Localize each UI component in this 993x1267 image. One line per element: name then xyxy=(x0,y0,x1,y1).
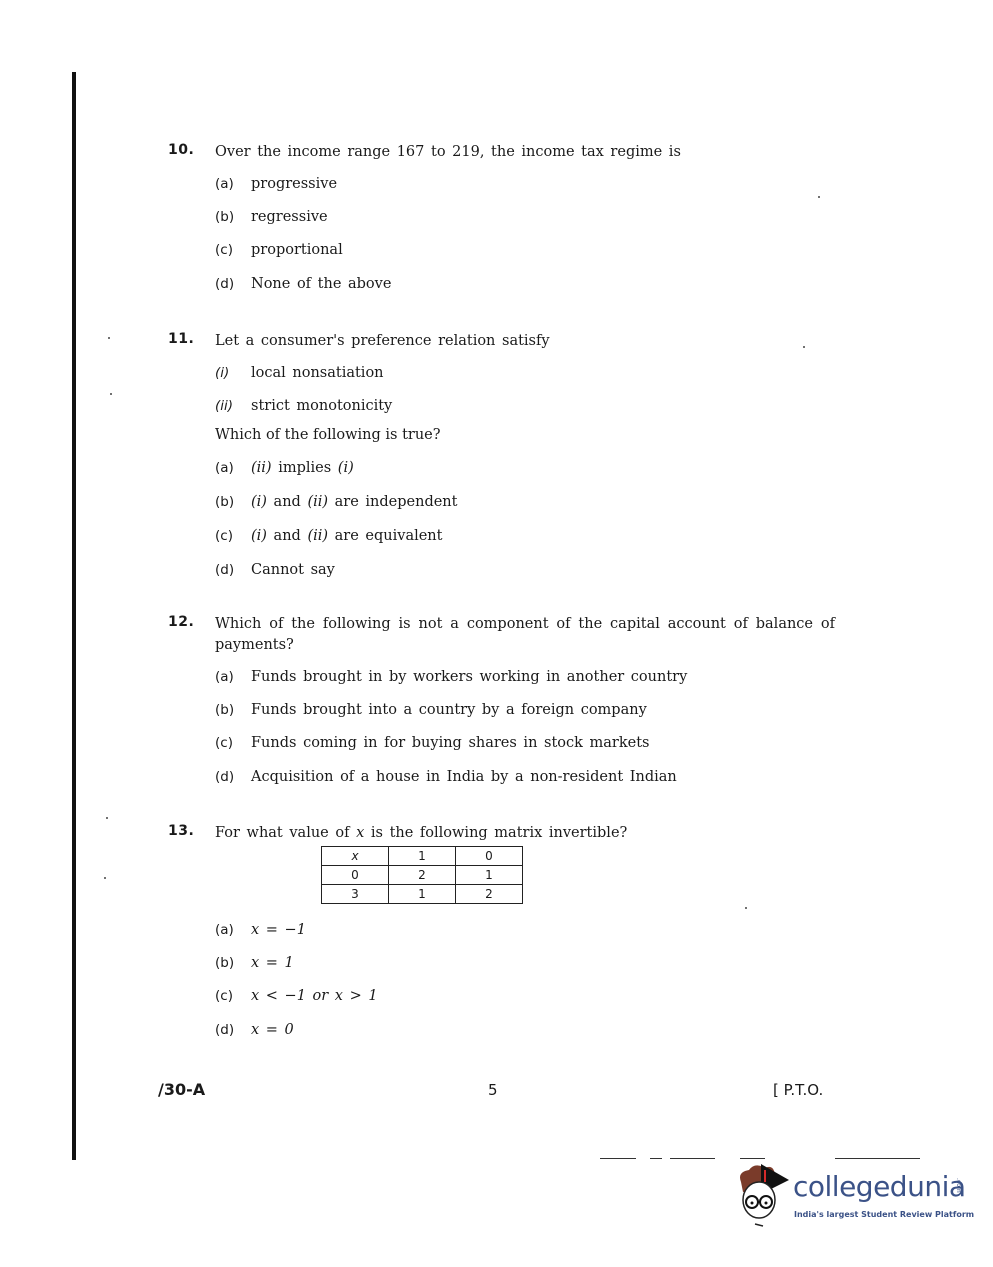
matrix-table: x 1 0 0 2 1 3 1 2 xyxy=(321,846,523,904)
matrix-row: x 1 0 xyxy=(322,847,523,866)
pto-label: [ P.T.O. xyxy=(773,1081,823,1099)
question-text: Let a consumer's preference relation sat… xyxy=(215,331,835,352)
scan-speck xyxy=(110,393,112,395)
option-label: (a) xyxy=(215,669,251,685)
divider-line xyxy=(670,1158,715,1159)
option-c: (c)proportional xyxy=(215,242,343,258)
matrix-cell: 1 xyxy=(389,847,456,866)
divider-line xyxy=(740,1158,765,1159)
option-text: Cannot say xyxy=(251,562,335,578)
question-text: For what value of x is the following mat… xyxy=(215,823,835,844)
condition-label: (ii) xyxy=(215,398,251,414)
option-a: (a)progressive xyxy=(215,176,337,192)
option-label: (d) xyxy=(215,562,251,578)
condition-label: (i) xyxy=(215,365,251,381)
matrix-cell: 3 xyxy=(322,885,389,904)
option-text: Acquisition of a house in India by a non… xyxy=(251,769,677,785)
option-label: (a) xyxy=(215,176,251,192)
condition-ii: (ii)strict monotonicity xyxy=(215,398,392,414)
matrix-cell: 0 xyxy=(322,866,389,885)
question-number: 11. xyxy=(168,331,194,347)
option-c: (c)(i) and (ii) are equivalent xyxy=(215,528,442,544)
option-text: Funds brought into a country by a foreig… xyxy=(251,702,647,718)
option-label: (c) xyxy=(215,735,251,751)
scan-speck xyxy=(104,877,106,879)
option-text: progressive xyxy=(251,176,337,192)
matrix-cell: 2 xyxy=(389,866,456,885)
option-d: (d)Acquisition of a house in India by a … xyxy=(215,769,677,785)
option-label: (a) xyxy=(215,460,251,476)
option-b: (b)(i) and (ii) are independent xyxy=(215,494,457,510)
option-label: (d) xyxy=(215,769,251,785)
brand-tagline: India's largest Student Review Platform xyxy=(794,1210,974,1219)
page-number: 5 xyxy=(488,1081,498,1099)
option-label: (b) xyxy=(215,209,251,225)
scan-speck xyxy=(745,907,747,909)
option-d: (d)Cannot say xyxy=(215,562,335,578)
matrix-cell: x xyxy=(322,847,389,866)
option-text: x = −1 xyxy=(251,922,306,938)
page-margin-rule xyxy=(72,72,76,1160)
collegedunia-watermark: collegedunia .com India's largest Studen… xyxy=(735,1160,965,1230)
option-d: (d)None of the above xyxy=(215,276,391,292)
option-label: (d) xyxy=(215,276,251,292)
option-a: (a)Funds brought in by workers working i… xyxy=(215,669,687,685)
option-text: Funds brought in by workers working in a… xyxy=(251,669,687,685)
option-label: (b) xyxy=(215,955,251,971)
option-c: (c)Funds coming in for buying shares in … xyxy=(215,735,650,751)
scan-speck xyxy=(106,817,108,819)
divider-line xyxy=(835,1158,920,1159)
brand-dotcom: .com xyxy=(955,1178,962,1193)
question-number: 12. xyxy=(168,614,194,630)
option-label: (b) xyxy=(215,702,251,718)
option-text: Funds coming in for buying shares in sto… xyxy=(251,735,650,751)
matrix-row: 3 1 2 xyxy=(322,885,523,904)
matrix-row: 0 2 1 xyxy=(322,866,523,885)
scan-speck xyxy=(803,346,805,348)
option-label: (b) xyxy=(215,494,251,510)
option-text: proportional xyxy=(251,242,343,258)
option-label: (a) xyxy=(215,922,251,938)
option-text: (i) and (ii) are equivalent xyxy=(251,528,442,544)
option-a: (a)(ii) implies (i) xyxy=(215,460,354,476)
option-text: x = 1 xyxy=(251,955,294,971)
option-b: (b)regressive xyxy=(215,209,328,225)
matrix-cell: 0 xyxy=(456,847,523,866)
option-text: (i) and (ii) are independent xyxy=(251,494,457,510)
condition-i: (i)local nonsatiation xyxy=(215,365,384,381)
divider-line xyxy=(600,1158,636,1159)
question-number: 13. xyxy=(168,823,194,839)
option-text: regressive xyxy=(251,209,328,225)
option-label: (d) xyxy=(215,1022,251,1038)
paper-code: /30-A xyxy=(158,1080,205,1099)
divider-line xyxy=(650,1158,662,1159)
matrix-cell: 1 xyxy=(456,866,523,885)
matrix-cell: 1 xyxy=(389,885,456,904)
question-number: 10. xyxy=(168,142,194,158)
option-label: (c) xyxy=(215,242,251,258)
option-d: (d)x = 0 xyxy=(215,1022,294,1038)
scan-speck xyxy=(818,196,820,198)
question-text: Which of the following is not a componen… xyxy=(215,614,835,656)
condition-text: strict monotonicity xyxy=(251,398,392,414)
brand-name: collegedunia xyxy=(793,1170,966,1203)
condition-text: local nonsatiation xyxy=(251,365,384,381)
option-text: x = 0 xyxy=(251,1022,294,1038)
question-prompt: Which of the following is true? xyxy=(215,427,441,443)
option-text: (ii) implies (i) xyxy=(251,460,354,476)
option-a: (a)x = −1 xyxy=(215,922,306,938)
question-text: Over the income range 167 to 219, the in… xyxy=(215,142,835,163)
mascot-icon xyxy=(735,1160,795,1230)
option-b: (b)x = 1 xyxy=(215,955,294,971)
scan-speck xyxy=(108,337,110,339)
option-c: (c)x < −1 or x > 1 xyxy=(215,988,378,1004)
option-b: (b)Funds brought into a country by a for… xyxy=(215,702,647,718)
option-label: (c) xyxy=(215,528,251,544)
matrix-cell: 2 xyxy=(456,885,523,904)
option-label: (c) xyxy=(215,988,251,1004)
option-text: None of the above xyxy=(251,276,391,292)
option-text: x < −1 or x > 1 xyxy=(251,988,378,1004)
